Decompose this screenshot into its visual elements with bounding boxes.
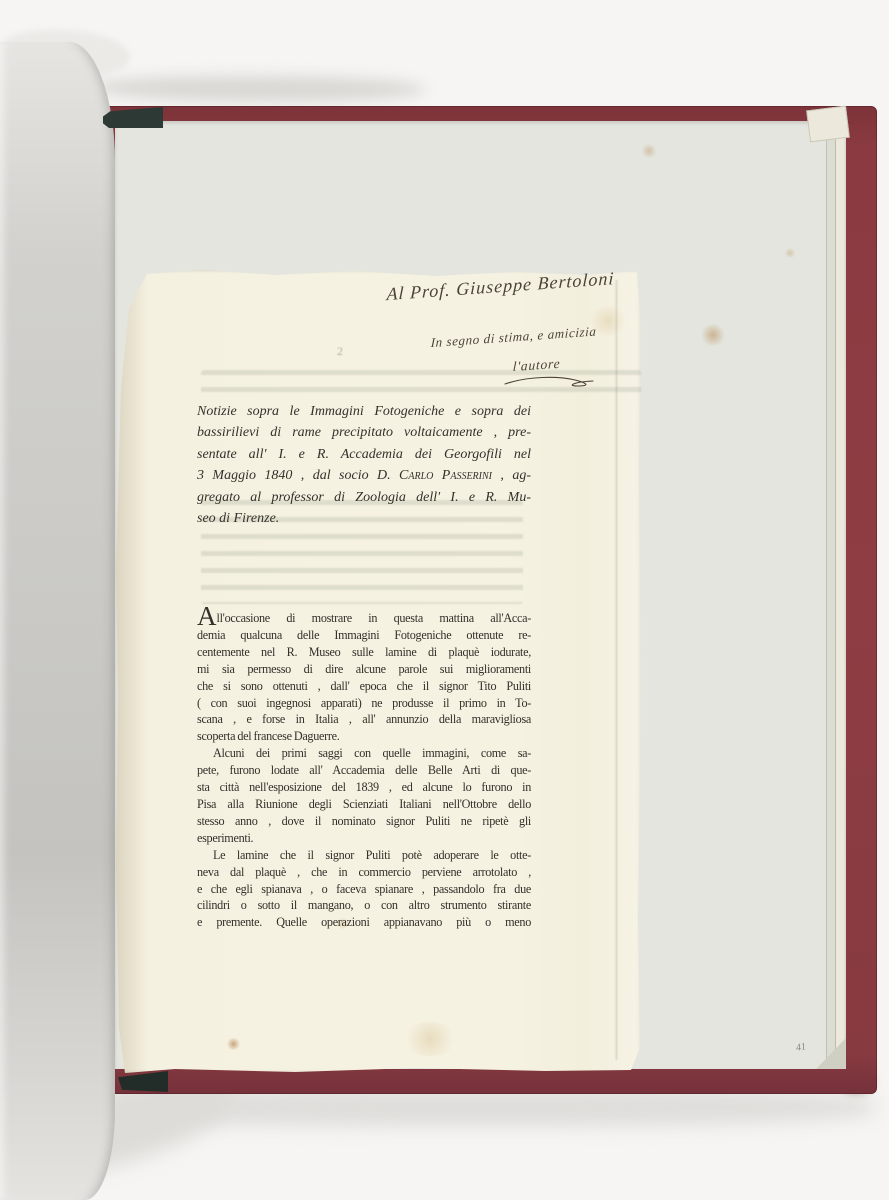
photograph-of-bound-pamphlet: { "inscription": { "line1": "Al Prof. Gi… (0, 0, 889, 1200)
page-corner (806, 106, 850, 143)
opened-left-cover (0, 42, 115, 1200)
page-edge (835, 118, 844, 1068)
dedication-line-1: Al Prof. Giuseppe Bertoloni (386, 268, 614, 305)
title-segment: 3 Maggio 1840 , dal socio D. (197, 468, 399, 483)
title-line: gregato al professor di Zoologia dell' I… (197, 487, 531, 508)
body-text: All'occasione di mostrare in questa matt… (197, 610, 531, 931)
paragraph-1: demia qualcuna delle Immagini Fotogenich… (197, 627, 531, 728)
foxing-stain (641, 144, 657, 158)
pencil-folio-number: 41 (795, 1041, 807, 1054)
page-edge (826, 121, 835, 1067)
foxing-stain (784, 248, 796, 258)
author-name: Carlo Passerini (399, 468, 492, 483)
title-segment: , ag- (492, 468, 531, 483)
foxing-stain (700, 324, 726, 346)
title-line: Notizie sopra le Immagini Fotogeniche e … (197, 401, 531, 422)
title-line: sentate all' I. e R. Accademia dei Georg… (197, 444, 531, 465)
paragraph-1-first-line: All'occasione di mostrare in questa matt… (197, 610, 531, 627)
paragraph-2: Alcuni dei primi saggi con quelle immagi… (197, 745, 531, 830)
pamphlet-content: Al Prof. Giuseppe Bertoloni In segno di … (115, 268, 643, 1074)
page-number-showthrough: 2 (337, 344, 343, 359)
paragraph-3: Le lamine che il signor Puliti potè adop… (197, 847, 531, 932)
title-line: 3 Maggio 1840 , dal socio D. Carlo Passe… (197, 465, 531, 486)
drop-cap: A (197, 601, 217, 631)
title-line: seo di Firenze. (197, 508, 531, 529)
dedication-line-2: In segno di stima, e amicizia (430, 323, 596, 351)
paragraph-1-last-line: scoperta del francese Daguerre. (197, 728, 531, 745)
paragraph-text: ll'occasione di mostrare in questa matti… (217, 611, 532, 625)
cast-shadow-top (95, 76, 425, 102)
title-line: bassirilievi di rame precipitato voltaic… (197, 422, 531, 443)
showthrough-text (201, 370, 641, 404)
paragraph-2-last-line: esperimenti. (197, 830, 531, 847)
title-block: Notizie sopra le Immagini Fotogeniche e … (197, 401, 531, 529)
